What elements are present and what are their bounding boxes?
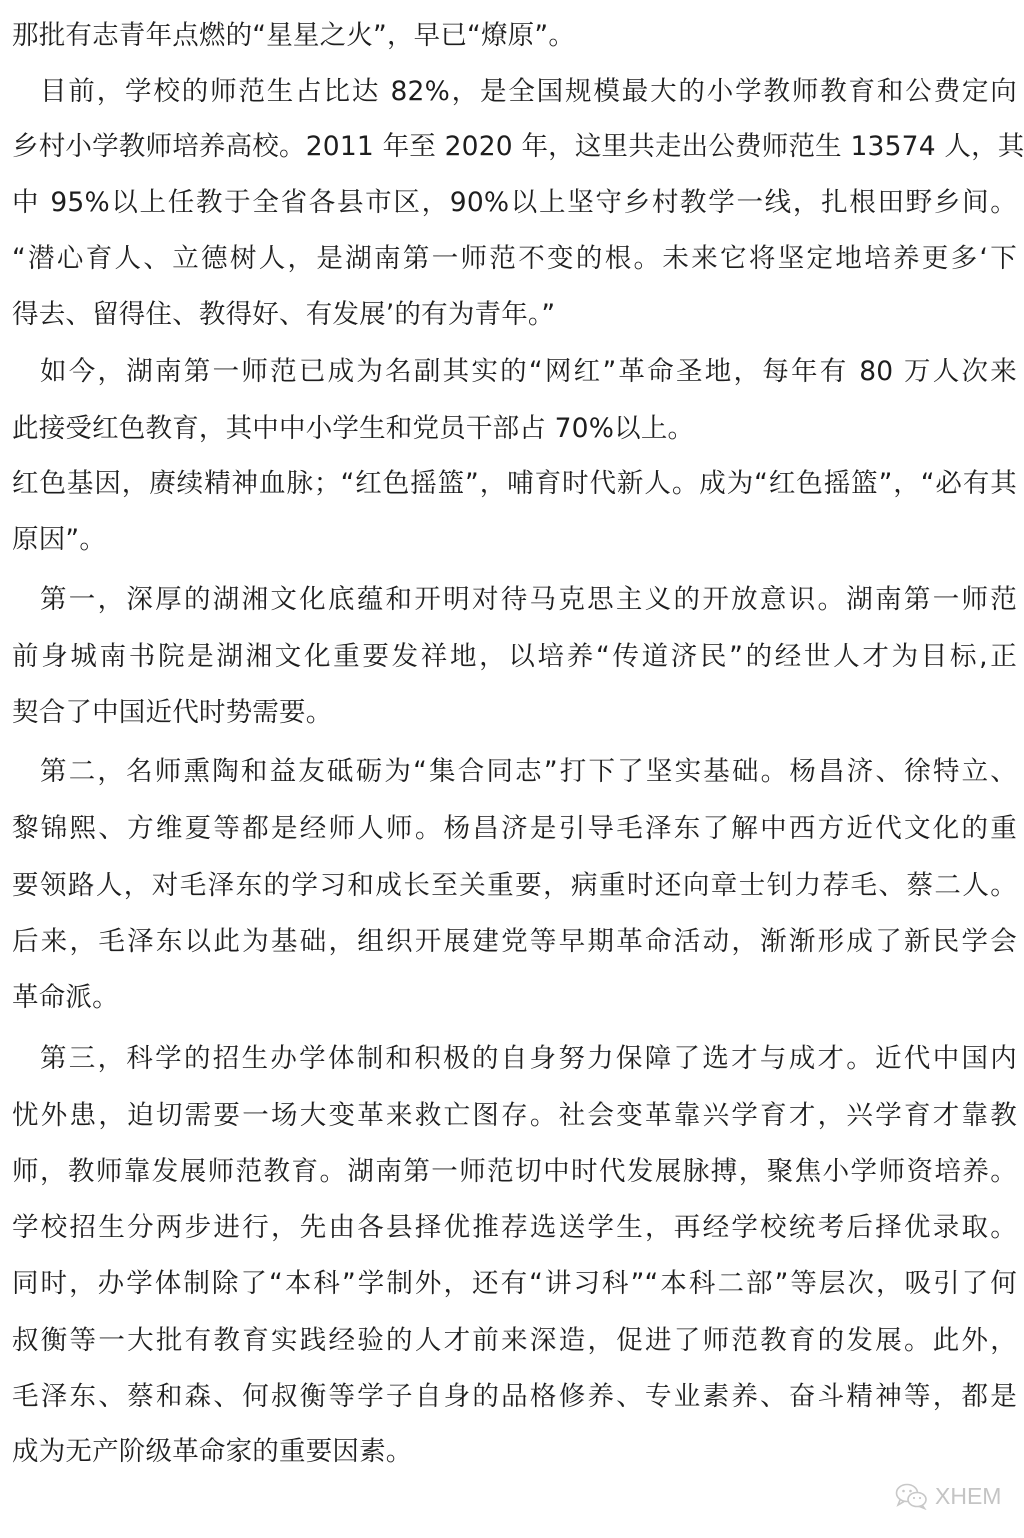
text-line: 叔衡等一大批有教育实践经验的人才前来深造，促进了师范教育的发展。此外，: [12, 1321, 1017, 1361]
text-line: 原因”。: [12, 520, 1017, 560]
text-line: 第一，深厚的湖湘文化底蕴和开明对待马克思主义的开放意识。湖南第一师范: [40, 580, 1017, 620]
text-line: 革命派。: [12, 978, 1017, 1018]
text-line: 红色基因，赓续精神血脉；“红色摇篮”，哺育时代新人。成为“红色摇篮”，“必有其: [12, 464, 1017, 504]
text-line: 第三，科学的招生办学体制和积极的自身努力保障了选才与成才。近代中国内: [40, 1039, 1017, 1079]
text-line: 契合了中国近代时势需要。: [12, 693, 1017, 733]
document-page: 那批有志青年点燃的“星星之火”，早已“燎原”。目前，学校的师范生占比达 82%，…: [0, 0, 1024, 1538]
text-line: 前身城南书院是湖湘文化重要发祥地，以培养“传道济民”的经世人才为目标,正: [12, 637, 1017, 677]
text-line: 学校招生分两步进行，先由各县择优推荐选送学生，再经学校统考后择优录取。: [12, 1208, 1017, 1248]
text-line: 同时，办学体制除了“本科”学制外，还有“讲习科”“本科二部”等层次，吸引了何: [12, 1264, 1017, 1304]
text-line: 忧外患，迫切需要一场大变革来救亡图存。社会变革靠兴学育才，兴学育才靠教: [12, 1096, 1017, 1136]
text-line: 此接受红色教育，其中中小学生和党员干部占 70%以上。: [12, 409, 1017, 449]
text-line: “潜心育人、立德树人，是湖南第一师范不变的根。未来它将坚定地培养更多‘下: [12, 239, 1017, 279]
text-line: 毛泽东、蔡和森、何叔衡等学子自身的品格修养、专业素养、奋斗精神等，都是: [12, 1377, 1017, 1417]
text-line: 乡村小学教师培养高校。2011 年至 2020 年，这里共走出公费师范生 135…: [12, 127, 1017, 167]
watermark-text: XHEM: [935, 1483, 1001, 1510]
text-line: 得去、留得住、教得好、有发展’的有为青年。”: [12, 295, 1017, 335]
text-line: 成为无产阶级革命家的重要因素。: [12, 1432, 1017, 1472]
text-line: 第二，名师熏陶和益友砥砺为“集合同志”打下了坚实基础。杨昌济、徐特立、: [40, 752, 1017, 792]
text-line: 目前，学校的师范生占比达 82%，是全国规模最大的小学教师教育和公费定向: [40, 72, 1017, 112]
text-line: 后来，毛泽东以此为基础，组织开展建党等早期革命活动，渐渐形成了新民学会: [12, 922, 1017, 962]
text-line: 如今，湖南第一师范已成为名副其实的“网红”革命圣地，每年有 80 万人次来: [40, 352, 1017, 392]
watermark: XHEM: [895, 1480, 1001, 1512]
wechat-icon: [895, 1482, 929, 1510]
text-line: 黎锦熙、方维夏等都是经师人师。杨昌济是引导毛泽东了解中西方近代文化的重: [12, 809, 1017, 849]
text-line: 那批有志青年点燃的“星星之火”，早已“燎原”。: [12, 16, 1017, 56]
text-line: 师，教师靠发展师范教育。湖南第一师范切中时代发展脉搏，聚焦小学师资培养。: [12, 1152, 1017, 1192]
text-line: 要领路人，对毛泽东的学习和成长至关重要，病重时还向章士钊力荐毛、蔡二人。: [12, 866, 1017, 906]
text-line: 中 95%以上任教于全省各县市区，90%以上坚守乡村教学一线，扎根田野乡间。: [12, 183, 1017, 223]
